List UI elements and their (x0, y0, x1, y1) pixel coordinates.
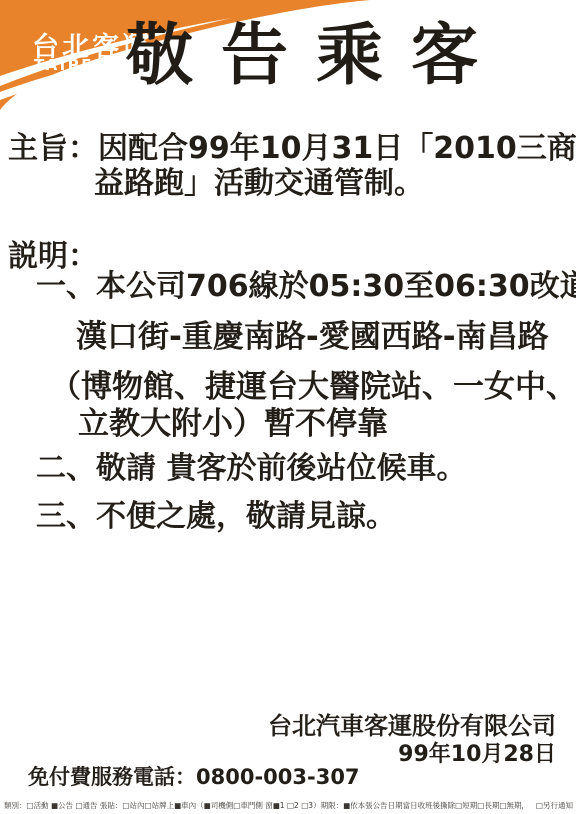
skipped-stops-line-1: （博物館、捷運台大醫院站、一女中、市 (50, 370, 576, 404)
toll-free-hotline: 免付費服務電話：0800-003-307 (28, 761, 360, 791)
skipped-stops-line-2: 立教大附小）暫不停靠 (78, 407, 388, 441)
explanation-item-2: 二、敬請 貴客於前後站位候車。 (36, 452, 466, 485)
issue-date: 99年10月28日 (398, 737, 556, 768)
notice-poster: 台北客運 TAIPEI BUS 敬告乘客 主旨：因配合99年10月31日「201… (0, 0, 576, 814)
page-title: 敬告乘客 (126, 20, 506, 90)
detour-route-text: 漢口街-重慶南路-愛國西路-南昌路 (76, 320, 549, 354)
subject-line-2: 益路跑」活動交通管制。 (94, 167, 424, 200)
fineprint-separate-notice: □另行通知 (536, 800, 573, 811)
explanation-item-3: 三、不便之處，敬請見諒。 (36, 500, 396, 533)
fineprint-checkbox-row: 類別：□活動 ■公告 □通告 張貼：□站內□站牌上■車內（■司機側□車門側 窗■… (4, 800, 529, 811)
company-name: 台北汽車客運股份有限公司 (268, 706, 556, 741)
subject-line-1: 主旨：因配合99年10月31日「2010三商企業盃公 (8, 132, 576, 165)
explanation-item-1: 一、本公司706線於05:30至06:30改道如下： (36, 270, 576, 303)
